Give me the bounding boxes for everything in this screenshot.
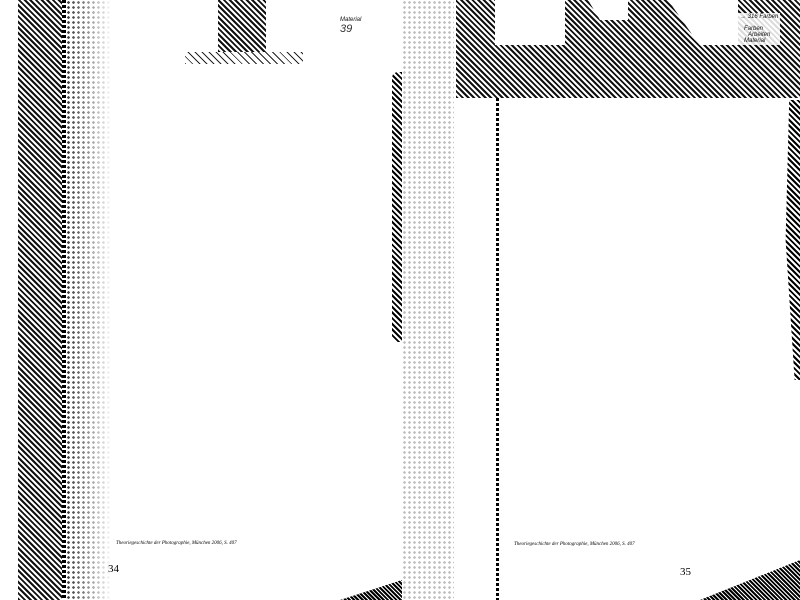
left-photo-caption: Theoriegeschichte der Photographie, Münc…: [116, 541, 237, 546]
gutter-halftone: [402, 0, 454, 600]
left-page-number: 34: [108, 563, 119, 575]
right-photo-caption: Theoriegeschichte der Photographie, Münc…: [514, 542, 635, 547]
left-margin-note: Material 39: [340, 17, 361, 35]
right-page-number: 35: [680, 566, 691, 578]
left-halftone-fade: [66, 0, 112, 600]
margin-note-line: Material: [744, 38, 778, 44]
halftone-letter-serif: [185, 52, 303, 64]
margin-note-number: 39: [340, 23, 361, 35]
right-margin-note: → 316 Farben Farben Arbeiten Material: [738, 13, 780, 45]
margin-note-reference: → 316 Farben: [740, 14, 778, 20]
banner-letter-counter: [495, 0, 565, 45]
halftone-letter-stem: [218, 0, 266, 52]
left-photo-edge: [392, 72, 402, 342]
right-photo-frame-rule: [496, 98, 499, 600]
left-halftone-band: [18, 0, 62, 600]
